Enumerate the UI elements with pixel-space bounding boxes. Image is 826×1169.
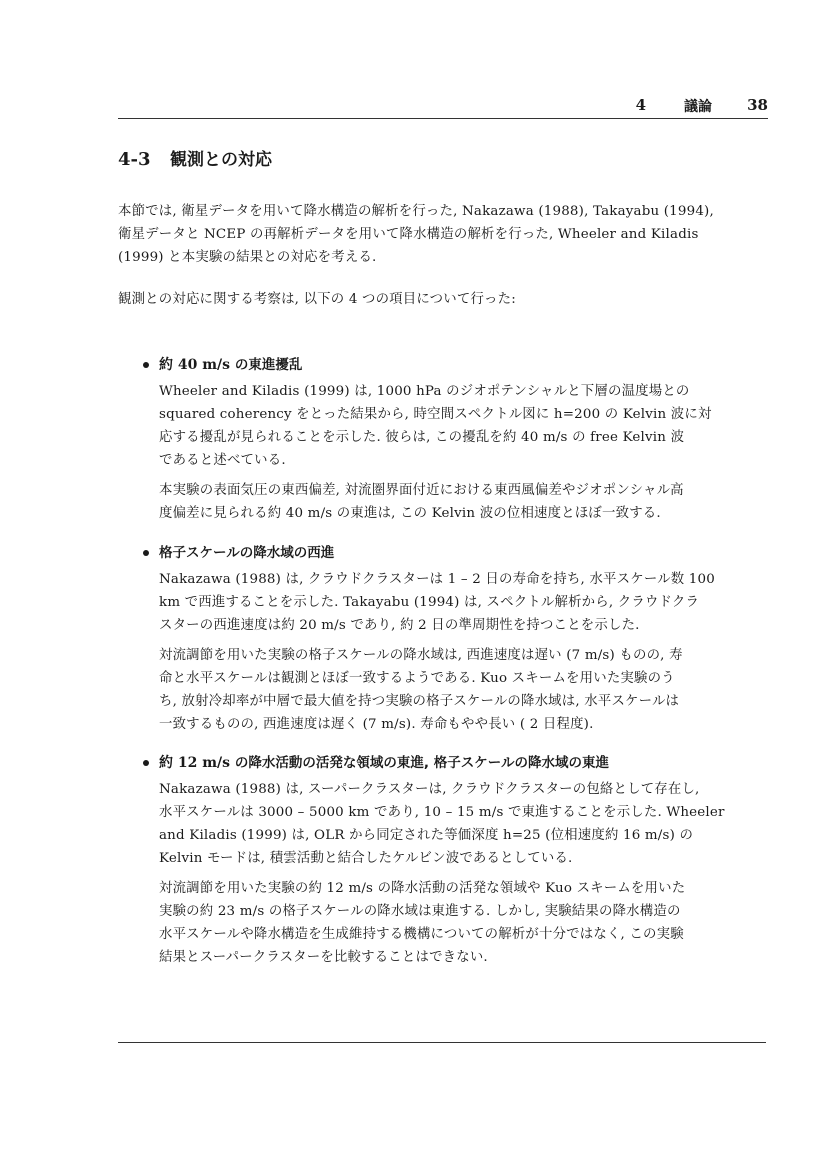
paragraph-line: squared coherency をとった結果から, 時空間スペクトル図に h… <box>159 405 712 425</box>
paragraph-line: であると述べている. <box>159 451 286 471</box>
bullet-icon <box>143 550 149 556</box>
paragraph-line: 衛星データと NCEP の再解析データを用いて降水構造の解析を行った, Whee… <box>118 225 699 245</box>
item-heading: 約 40 m/s の東進擾乱 <box>159 355 302 375</box>
item-heading-prefix: 約 12 m/s <box>159 755 235 771</box>
item-heading: 格子スケールの降水域の西進 <box>159 543 334 563</box>
chapter-title: 議論 <box>684 96 712 116</box>
paragraph-line: 度偏差に見られる約 40 m/s の東進は, この Kelvin 波の位相速度と… <box>159 504 661 524</box>
page-number: 38 <box>747 96 768 114</box>
chapter-number: 4 <box>636 96 646 114</box>
document-page: 4 議論 38 4-3観測との対応 本節では, 衛星データを用いて降水構造の解析… <box>0 0 826 1169</box>
paragraph-line: 本実験の表面気圧の東西偏差, 対流圏界面付近における東西風偏差やジオポンシャル高 <box>159 481 684 501</box>
paragraph-line: 水平スケールは 3000 – 5000 km であり, 10 – 15 m/s … <box>159 803 725 823</box>
item-heading-prefix: 約 40 m/s <box>159 357 235 373</box>
section-title: 観測との対応 <box>170 150 272 170</box>
paragraph-line: Nakazawa (1988) は, クラウドクラスターは 1 – 2 日の寿命… <box>159 570 715 590</box>
header-rule <box>118 118 768 119</box>
paragraph-line: 対流調節を用いた実験の格子スケールの降水域は, 西進速度は遅い (7 m/s) … <box>159 646 683 666</box>
paragraph-line: 応する擾乱が見られることを示した. 彼らは, この擾乱を約 40 m/s の f… <box>159 428 684 448</box>
paragraph-line: 実験の約 23 m/s の格子スケールの降水域は東進する. しかし, 実験結果の… <box>159 902 681 922</box>
paragraph-line: 一致するものの, 西進速度は遅く (7 m/s). 寿命もやや長い ( 2 日程… <box>159 715 594 735</box>
paragraph-line: Kelvin モードは, 積雲活動と結合したケルビン波であるとしている. <box>159 849 573 869</box>
paragraph-line: ち, 放射冷却率が中層で最大値を持つ実験の格子スケールの降水域は, 水平スケール… <box>159 692 679 712</box>
item-heading-text: の降水活動の活発な領域の東進, 格子スケールの降水域の東進 <box>235 755 609 771</box>
paragraph-line: Wheeler and Kiladis (1999) は, 1000 hPa の… <box>159 382 690 402</box>
section-heading: 4-3観測との対応 <box>118 145 272 170</box>
paragraph-line: 命と水平スケールは観測とほぼ一致するようである. Kuo スキームを用いた実験の… <box>159 669 675 689</box>
bullet-icon <box>143 760 149 766</box>
section-number: 4-3 <box>118 149 170 170</box>
footer-rule <box>118 1042 766 1043</box>
paragraph-line: km で西進することを示した. Takayabu (1994) は, スペクトル… <box>159 593 699 613</box>
item-heading: 約 12 m/s の降水活動の活発な領域の東進, 格子スケールの降水域の東進 <box>159 753 609 773</box>
paragraph-line: 対流調節を用いた実験の約 12 m/s の降水活動の活発な領域や Kuo スキー… <box>159 879 685 899</box>
paragraph-line: and Kiladis (1999) は, OLR から同定された等価深度 h=… <box>159 826 693 846</box>
item-heading-text: 格子スケールの降水域の西進 <box>159 545 334 561</box>
paragraph-line: 本節では, 衛星データを用いて降水構造の解析を行った, Nakazawa (19… <box>118 202 714 222</box>
paragraph-line: (1999) と本実験の結果との対応を考える. <box>118 248 377 268</box>
paragraph-line: Nakazawa (1988) は, スーパークラスターは, クラウドクラスター… <box>159 780 700 800</box>
running-header: 4 議論 38 <box>118 96 768 118</box>
paragraph-line: 結果とスーパークラスターを比較することはできない. <box>159 948 488 968</box>
paragraph-line: 観測との対応に関する考察は, 以下の 4 つの項目について行った: <box>118 290 516 310</box>
bullet-icon <box>143 362 149 368</box>
paragraph-line: スターの西進速度は約 20 m/s であり, 約 2 日の準周期性を持つことを示… <box>159 616 640 636</box>
item-heading-text: の東進擾乱 <box>235 357 303 373</box>
paragraph-line: 水平スケールや降水構造を生成維持する機構についての解析が十分ではなく, この実験 <box>159 925 684 945</box>
